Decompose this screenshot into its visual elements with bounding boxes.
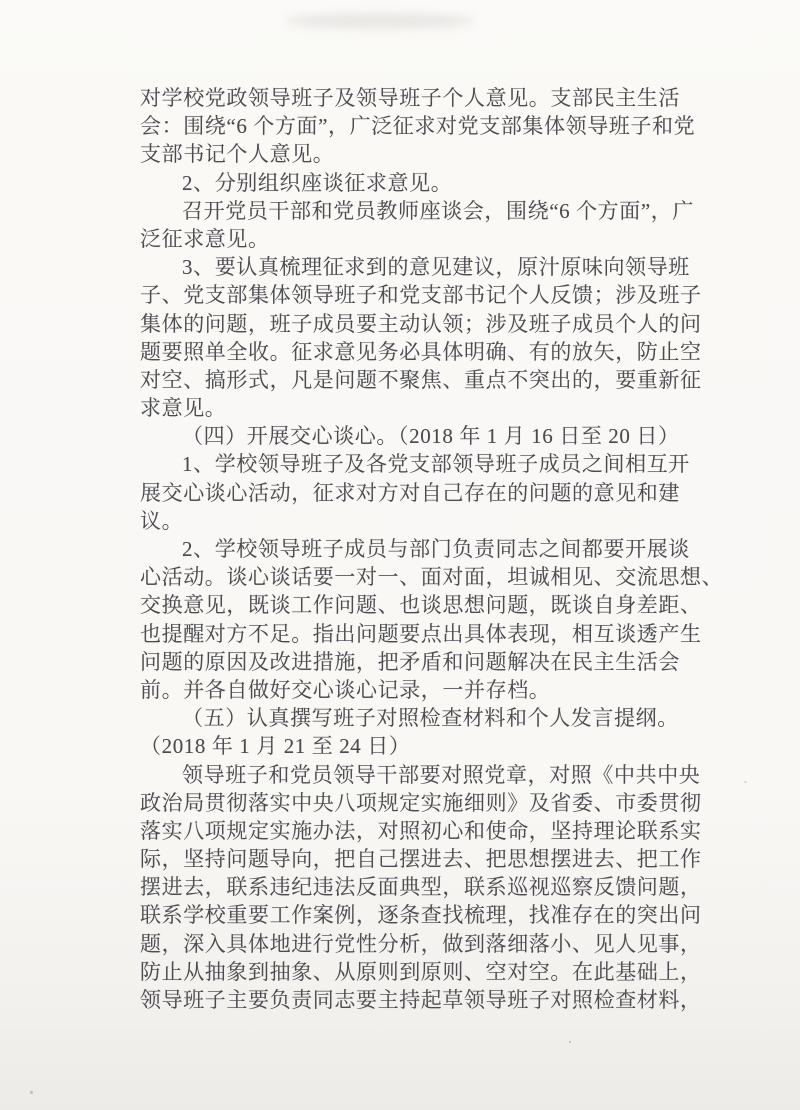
text-line: 求意见。	[140, 394, 696, 422]
text-line: 摆进去，联系违纪违法反面典型，联系巡视巡察反馈问题，	[140, 873, 696, 901]
text-line: （四）开展交心谈心。（2018 年 1 月 16 日至 20 日）	[140, 422, 696, 450]
text-line: 政治局贯彻落实中央八项规定实施细则》及省委、市委贯彻	[140, 789, 696, 817]
scan-smudge	[285, 14, 475, 28]
scan-speck	[569, 1041, 571, 1043]
scanned-page: 对学校党政领导班子及领导班子个人意见。支部民主生活会：围绕“6 个方面”，广泛征…	[0, 0, 800, 1110]
text-line: 子、党支部集体领导班子和党支部书记个人反馈；涉及班子	[140, 281, 696, 309]
text-line: 会：围绕“6 个方面”，广泛征求对党支部集体领导班子和党	[140, 112, 696, 140]
text-line: 集体的问题，班子成员要主动认领；涉及班子成员个人的问	[140, 310, 696, 338]
text-line: 领导班子和党员领导干部要对照党章，对照《中共中央	[140, 761, 696, 789]
text-line: 心活动。谈心谈话要一对一、面对面，坦诚相见、交流思想、	[140, 563, 696, 591]
text-line: 防止从抽象到抽象、从原则到原则、空对空。在此基础上，	[140, 958, 696, 986]
text-line: 问题的原因及改进措施，把矛盾和问题解决在民主生活会	[140, 648, 696, 676]
text-line: 2、学校领导班子成员与部门负责同志之间都要开展谈	[140, 535, 696, 563]
text-line: 2、分别组织座谈征求意见。	[140, 169, 696, 197]
text-line: （2018 年 1 月 21 至 24 日）	[140, 732, 696, 760]
text-line: 联系学校重要工作案例，逐条查找梳理，找准存在的突出问	[140, 901, 696, 929]
document-text: 对学校党政领导班子及领导班子个人意见。支部民主生活会：围绕“6 个方面”，广泛征…	[140, 84, 696, 1014]
text-line: 展交心谈心活动，征求对方对自己存在的问题的意见和建	[140, 479, 696, 507]
text-line: 对学校党政领导班子及领导班子个人意见。支部民主生活	[140, 84, 696, 112]
text-line: 支部书记个人意见。	[140, 140, 696, 168]
scan-speck	[744, 781, 747, 783]
text-line: 题，深入具体地进行党性分析，做到落细落小、见人见事，	[140, 930, 696, 958]
text-line: （五）认真撰写班子对照检查材料和个人发言提纲。	[140, 704, 696, 732]
text-line: 议。	[140, 507, 696, 535]
text-line: 1、学校领导班子及各党支部领导班子成员之间相互开	[140, 450, 696, 478]
text-line: 3、要认真梳理征求到的意见建议，原汁原味向领导班	[140, 253, 696, 281]
text-line: 落实八项规定实施办法，对照初心和使命，坚持理论联系实	[140, 817, 696, 845]
text-line: 泛征求意见。	[140, 225, 696, 253]
text-line: 题要照单全收。征求意见务必具体明确、有的放矢，防止空	[140, 338, 696, 366]
text-line: 前。并各自做好交心谈心记录，一并存档。	[140, 676, 696, 704]
scan-speck	[30, 1091, 33, 1094]
text-line: 际，坚持问题导向，把自己摆进去、把思想摆进去、把工作	[140, 845, 696, 873]
text-line: 领导班子主要负责同志要主持起草领导班子对照检查材料，	[140, 986, 696, 1014]
text-line: 交换意见，既谈工作问题、也谈思想问题，既谈自身差距、	[140, 591, 696, 619]
text-line: 召开党员干部和党员教师座谈会，围绕“6 个方面”，广	[140, 197, 696, 225]
text-line: 对空、搞形式，凡是问题不聚焦、重点不突出的，要重新征	[140, 366, 696, 394]
text-line: 也提醒对方不足。指出问题要点出具体表现，相互谈透产生	[140, 620, 696, 648]
